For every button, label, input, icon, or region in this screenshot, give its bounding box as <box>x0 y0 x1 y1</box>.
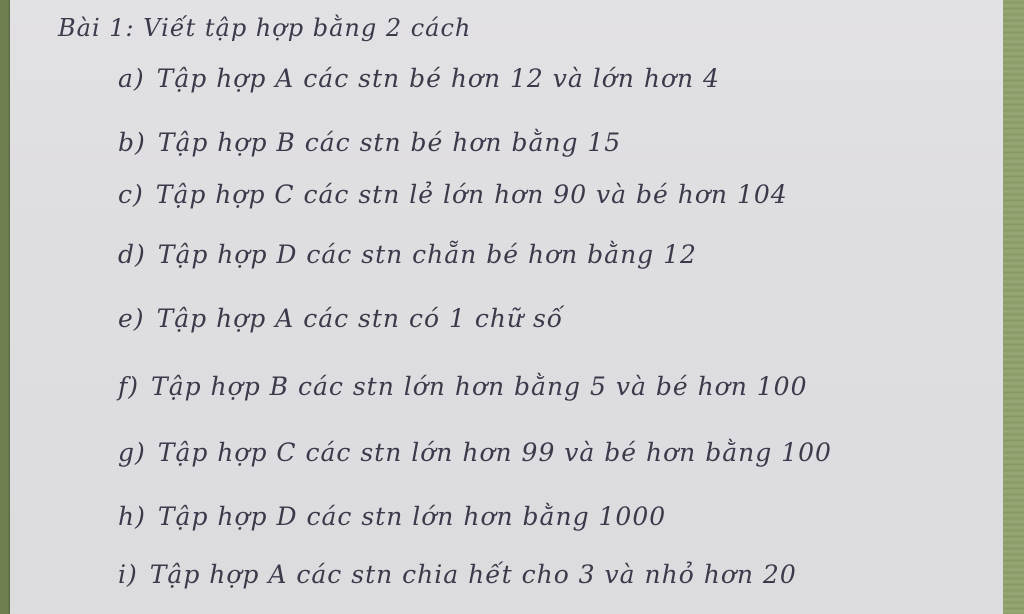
item-label: f) <box>118 372 139 401</box>
item-label: b) <box>118 128 146 157</box>
exercise-item-h: h)Tập hợp D các stn lớn hơn bằng 1000 <box>118 502 666 531</box>
exercise-item-a: a)Tập hợp A các stn bé hơn 12 và lớn hơn… <box>118 64 720 93</box>
item-text: Tập hợp A các stn bé hơn 12 và lớn hơn 4 <box>157 64 720 93</box>
exercise-item-c: c)Tập hợp C các stn lẻ lớn hơn 90 và bé … <box>118 180 788 209</box>
item-text: Tập hợp D các stn lớn hơn bằng 1000 <box>158 502 666 531</box>
item-label: a) <box>118 64 145 93</box>
exercise-item-b: b)Tập hợp B các stn bé hơn bằng 15 <box>118 128 621 157</box>
exercise-item-e: e)Tập hợp A các stn có 1 chữ số <box>118 304 563 333</box>
item-text: Tập hợp C các stn lẻ lớn hơn 90 và bé hơ… <box>156 180 788 209</box>
background-right-edge <box>1003 0 1024 614</box>
item-label: g) <box>118 438 146 467</box>
item-label: c) <box>118 180 144 209</box>
item-label: i) <box>118 560 138 589</box>
item-text: Tập hợp A các stn chia hết cho 3 và nhỏ … <box>150 560 797 589</box>
item-label: d) <box>118 240 146 269</box>
paper-sheet: Bài 1: Viết tập hợp bằng 2 cách a)Tập hợ… <box>10 0 1003 614</box>
item-text: Tập hợp B các stn bé hơn bằng 15 <box>158 128 621 157</box>
item-text: Tập hợp C các stn lớn hơn 99 và bé hơn b… <box>158 438 832 467</box>
item-text: Tập hợp B các stn lớn hơn bằng 5 và bé h… <box>151 372 807 401</box>
exercise-title: Bài 1: Viết tập hợp bằng 2 cách <box>58 14 471 42</box>
exercise-item-g: g)Tập hợp C các stn lớn hơn 99 và bé hơn… <box>118 438 832 467</box>
exercise-item-f: f)Tập hợp B các stn lớn hơn bằng 5 và bé… <box>118 372 808 401</box>
exercise-item-d: d)Tập hợp D các stn chẵn bé hơn bằng 12 <box>118 240 697 269</box>
item-text: Tập hợp D các stn chẵn bé hơn bằng 12 <box>158 240 697 269</box>
photo-scene: Bài 1: Viết tập hợp bằng 2 cách a)Tập hợ… <box>0 0 1024 614</box>
item-label: e) <box>118 304 145 333</box>
background-left-edge <box>0 0 10 614</box>
exercise-item-i: i)Tập hợp A các stn chia hết cho 3 và nh… <box>118 560 797 589</box>
item-label: h) <box>118 502 146 531</box>
item-text: Tập hợp A các stn có 1 chữ số <box>157 304 564 333</box>
